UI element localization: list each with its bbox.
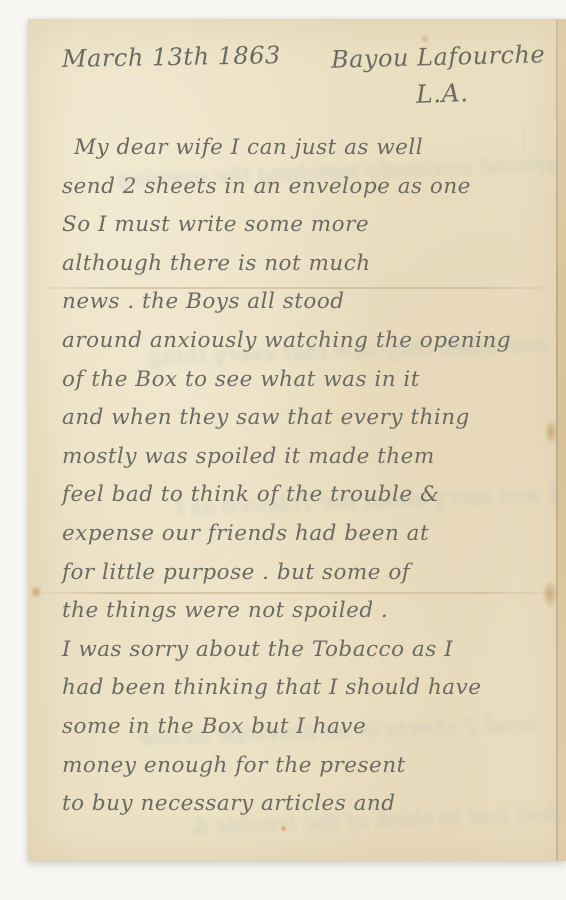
dateline: March 13th 1863 Bayou Lafourche — [62, 43, 552, 71]
letter-page: around anxiously watching the opening an… — [28, 19, 566, 861]
letter-line: news . the Boys all stood — [62, 283, 554, 322]
folded-edge-strip — [558, 19, 566, 861]
letter-place: Bayou Lafourche — [331, 40, 546, 74]
letter-state: L.A. — [416, 78, 470, 109]
letter-line: although there is not much — [62, 245, 554, 284]
letter-line: So I must write some more — [62, 206, 554, 245]
letter-line: the things were not spoiled . — [62, 592, 554, 631]
letter-line: and when they saw that every thing — [62, 399, 554, 438]
letter-line: of the Box to see what was in it — [62, 361, 554, 400]
letter-date: March 13th 1863 — [62, 41, 281, 73]
letter-line: feel bad to think of the trouble & — [62, 476, 554, 515]
letter-line: send 2 sheets in an envelope as one — [62, 168, 554, 207]
letter-line: I was sorry about the Tobacco as I — [62, 631, 554, 670]
letter-line: money enough for the present — [62, 747, 554, 786]
letter-line: for little purpose . but some of — [62, 554, 554, 593]
letter-line: to buy necessary articles and — [62, 785, 554, 824]
letter-line: My dear wife I can just as well — [62, 129, 554, 168]
letter-line: had been thinking that I should have — [62, 669, 554, 708]
letter-line: mostly was spoiled it made them — [62, 438, 554, 477]
letter-line: some in the Box but I have — [62, 708, 554, 747]
letter-line: expense our friends had been at — [62, 515, 554, 554]
letter-body: My dear wife I can just as well send 2 s… — [62, 129, 554, 824]
letter-scan: around anxiously watching the opening an… — [0, 0, 566, 900]
stain — [280, 825, 287, 832]
vertical-fold-crease — [556, 19, 558, 861]
letter-line: around anxiously watching the opening — [62, 322, 554, 361]
